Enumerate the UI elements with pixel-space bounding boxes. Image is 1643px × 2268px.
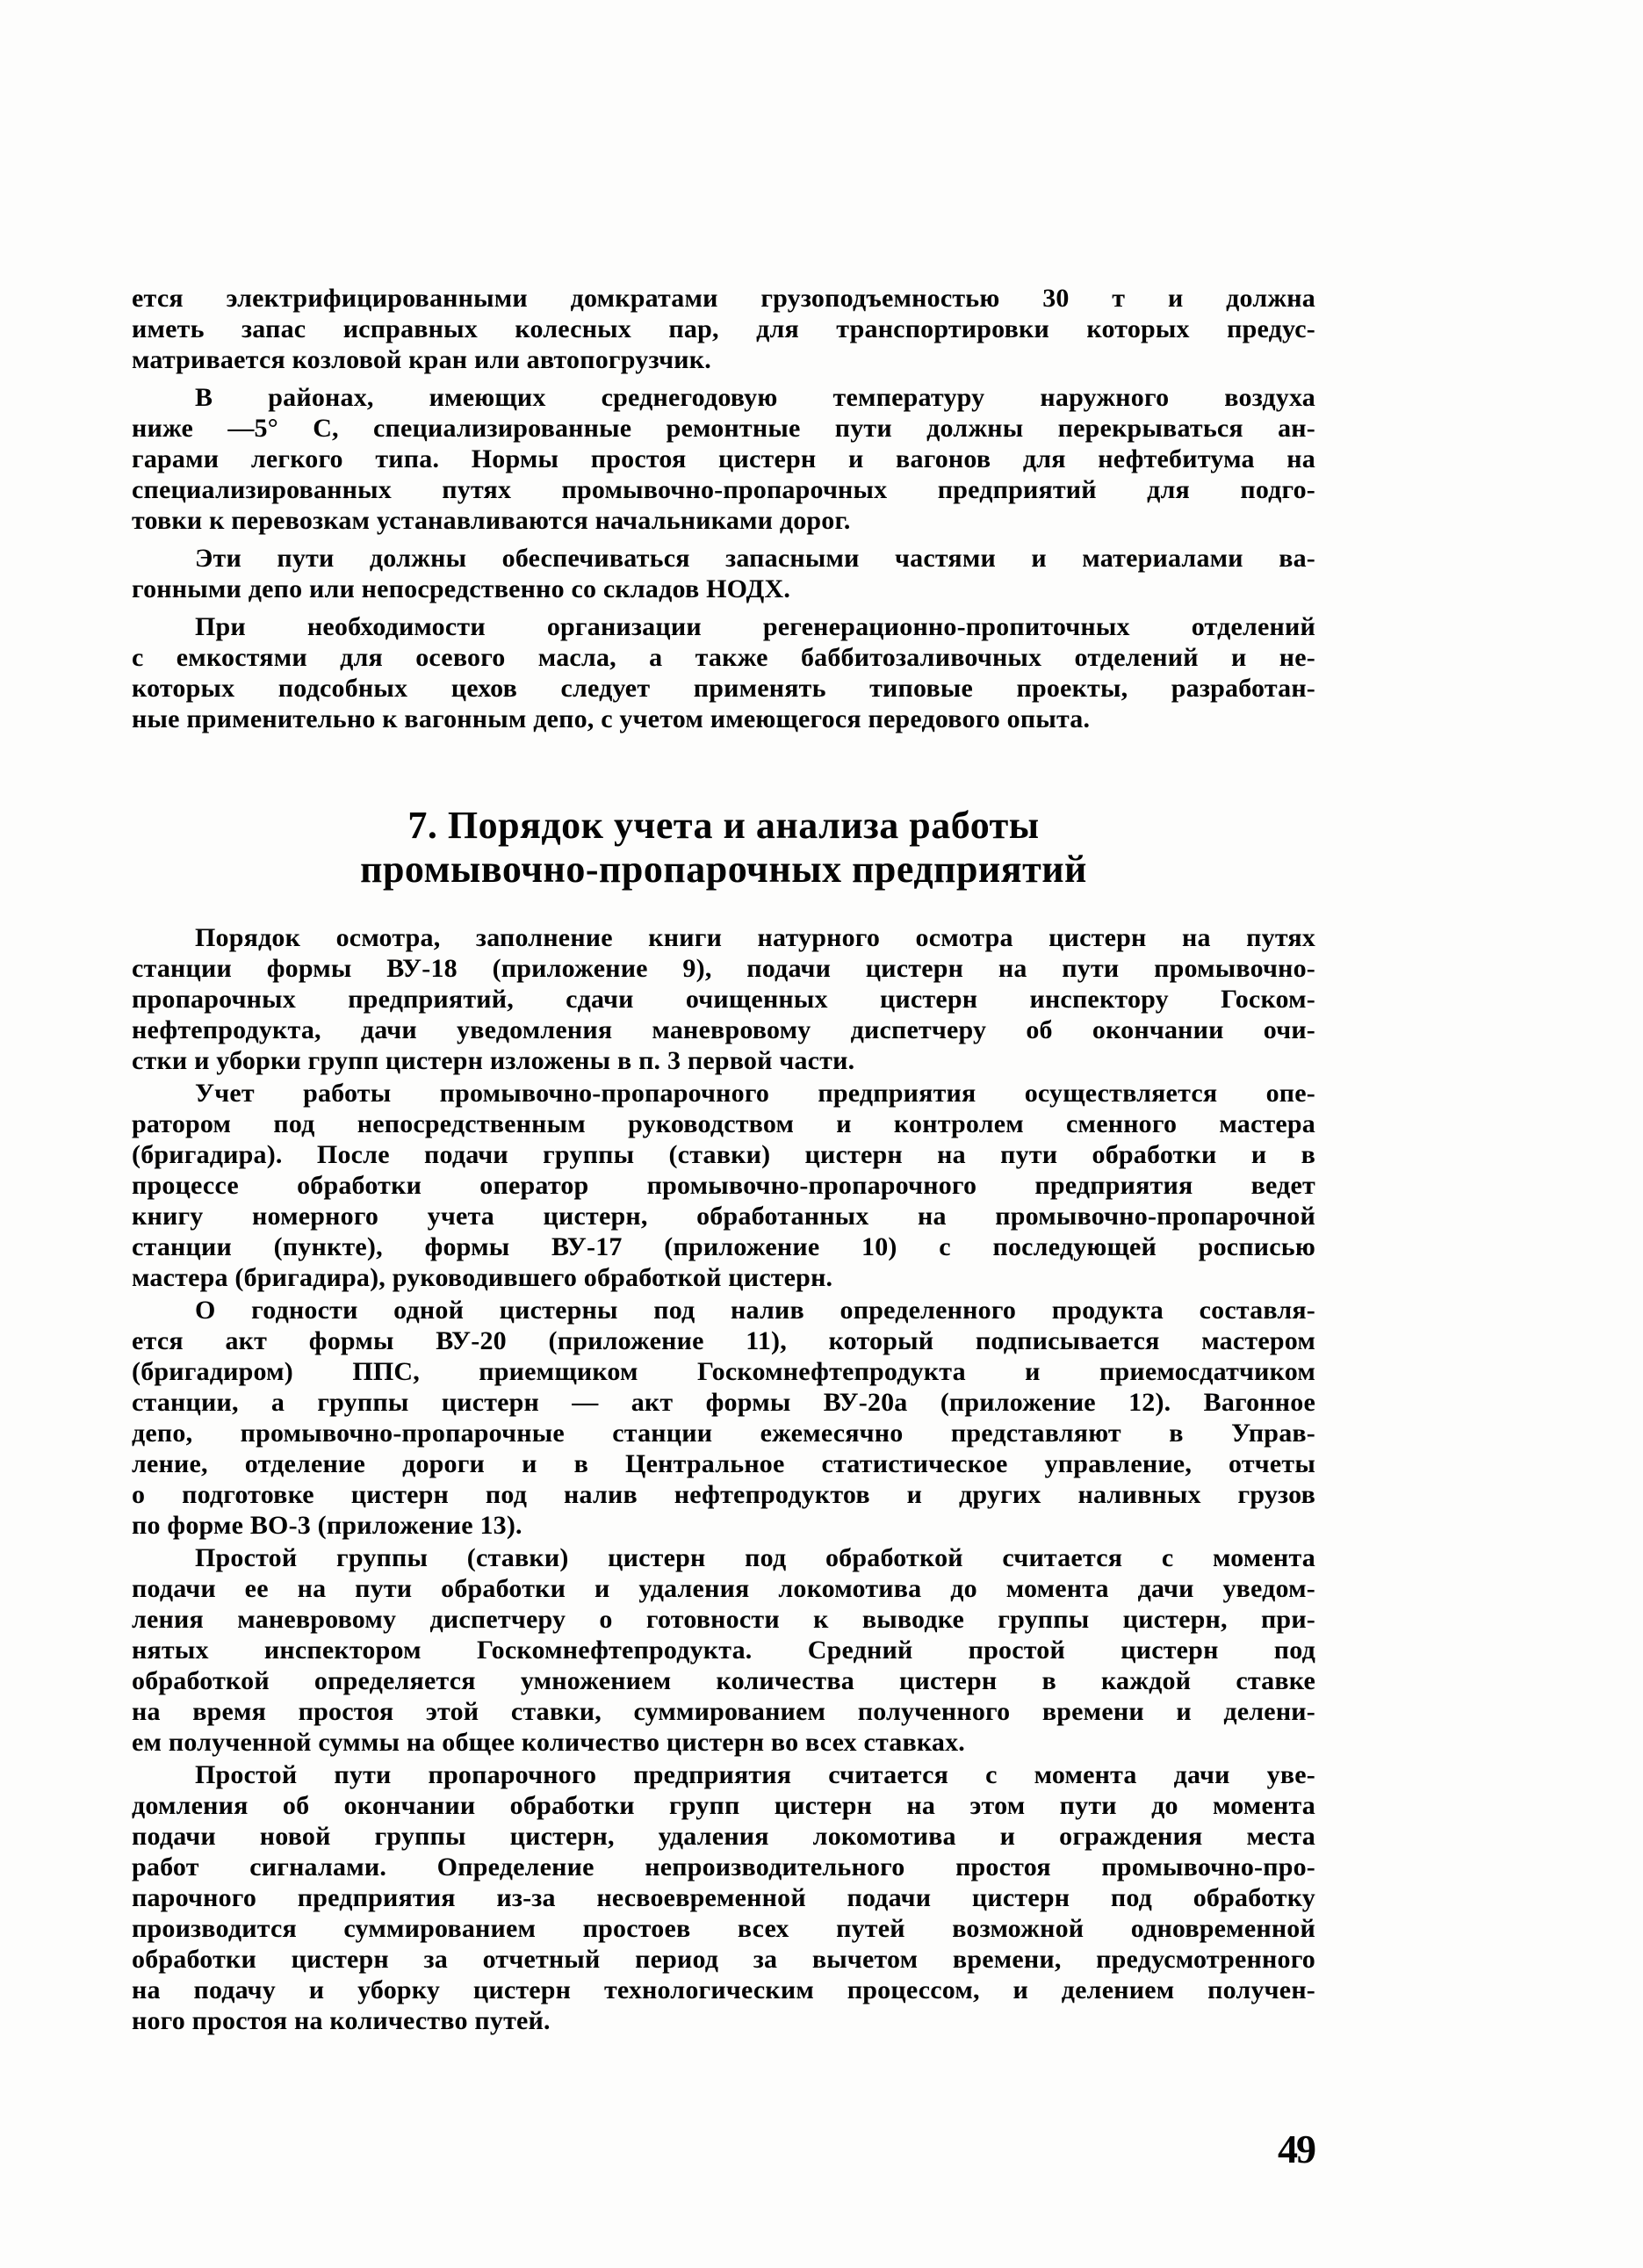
text-line: ется электрифицированными домкратами гру… bbox=[132, 283, 1315, 314]
text-line: иметь запас исправных колесных пар, для … bbox=[132, 314, 1315, 344]
paragraph: Простой пути пропарочного предприятия сч… bbox=[132, 1759, 1315, 2036]
text-line: ление, отделение дороги и в Центральное … bbox=[132, 1448, 1315, 1479]
scanned-document-page: ется электрифицированными домкратами гру… bbox=[0, 0, 1643, 2268]
text-line: нятых инспектором Госкомнефтепродукта. С… bbox=[132, 1635, 1315, 1665]
text-line: процессе обработки оператор промывочно-п… bbox=[132, 1170, 1315, 1201]
text-line: ного простоя на количество путей. bbox=[132, 2005, 1315, 2036]
text-line: подачи ее на пути обработки и удаления л… bbox=[132, 1573, 1315, 1604]
text-line: станции (пункте), формы ВУ-17 (приложени… bbox=[132, 1232, 1315, 1262]
text-line: с емкостями для осевого масла, а также б… bbox=[132, 642, 1315, 673]
section-heading-line-1: 7. Порядок учета и анализа работы bbox=[132, 804, 1315, 848]
paragraph: Простой группы (ставки) цистерн под обра… bbox=[132, 1542, 1315, 1758]
text-line: работ сигналами. Определение непроизводи… bbox=[132, 1852, 1315, 1882]
text-line: Эти пути должны обеспечиваться запасными… bbox=[132, 543, 1315, 574]
text-line: обработки цистерн за отчетный период за … bbox=[132, 1944, 1315, 1975]
section-paragraphs: Порядок осмотра, заполнение книги натурн… bbox=[132, 922, 1315, 2036]
text-line: специализированных путях промывочно-проп… bbox=[132, 474, 1315, 505]
section-heading-line-2: промывочно-пропарочных предприятий bbox=[132, 848, 1315, 892]
paragraph: В районах, имеющих среднегодовую темпера… bbox=[132, 382, 1315, 536]
text-line: производится суммированием простоев всех… bbox=[132, 1913, 1315, 1944]
text-block: ется электрифицированными домкратами гру… bbox=[132, 283, 1315, 2038]
paragraph: При необходимости организации регенераци… bbox=[132, 611, 1315, 734]
paragraph: Эти пути должны обеспечиваться запасными… bbox=[132, 543, 1315, 604]
text-line: (бригадира). После подачи группы (ставки… bbox=[132, 1139, 1315, 1170]
text-line: ления маневровому диспетчеру о готовност… bbox=[132, 1604, 1315, 1635]
text-line: ратором под непосредственным руководство… bbox=[132, 1109, 1315, 1139]
text-line: Простой группы (ставки) цистерн под обра… bbox=[132, 1542, 1315, 1573]
text-line: подачи новой группы цистерн, удаления ло… bbox=[132, 1821, 1315, 1852]
text-line: обработкой определяется умножением колич… bbox=[132, 1665, 1315, 1696]
text-line: которых подсобных цехов следует применят… bbox=[132, 673, 1315, 704]
text-line: товки к перевозкам устанавливаются начал… bbox=[132, 505, 1315, 536]
text-line: депо, промывочно-пропарочные станции еже… bbox=[132, 1418, 1315, 1448]
text-line: Простой пути пропарочного предприятия сч… bbox=[132, 1759, 1315, 1790]
text-line: ется акт формы ВУ-20 (приложение 11), ко… bbox=[132, 1325, 1315, 1356]
text-line: домления об окончании обработки групп ци… bbox=[132, 1790, 1315, 1821]
intro-paragraphs: ется электрифицированными домкратами гру… bbox=[132, 283, 1315, 734]
text-line: О годности одной цистерны под налив опре… bbox=[132, 1295, 1315, 1325]
text-line: книгу номерного учета цистерн, обработан… bbox=[132, 1201, 1315, 1232]
text-line: мастера (бригадира), руководившего обраб… bbox=[132, 1262, 1315, 1293]
text-line: Порядок осмотра, заполнение книги натурн… bbox=[132, 922, 1315, 953]
paragraph: Учет работы промывочно-пропарочного пред… bbox=[132, 1078, 1315, 1293]
text-line: В районах, имеющих среднегодовую темпера… bbox=[132, 382, 1315, 413]
text-line: матривается козловой кран или автопогруз… bbox=[132, 344, 1315, 375]
text-line: станции формы ВУ-18 (приложение 9), пода… bbox=[132, 953, 1315, 984]
paragraph: ется электрифицированными домкратами гру… bbox=[132, 283, 1315, 375]
paragraph: Порядок осмотра, заполнение книги натурн… bbox=[132, 922, 1315, 1076]
text-line: по форме ВО-3 (приложение 13). bbox=[132, 1510, 1315, 1541]
text-line: (бригадиром) ППС, приемщиком Госкомнефте… bbox=[132, 1356, 1315, 1387]
text-line: ные применительно к вагонным депо, с уче… bbox=[132, 704, 1315, 734]
text-line: на подачу и уборку цистерн технологическ… bbox=[132, 1975, 1315, 2005]
text-line: ниже —5° С, специализированные ремонтные… bbox=[132, 413, 1315, 444]
text-line: гарами легкого типа. Нормы простоя цисте… bbox=[132, 444, 1315, 474]
text-line: нефтепродукта, дачи уведомления маневров… bbox=[132, 1015, 1315, 1045]
text-line: гонными депо или непосредственно со скла… bbox=[132, 574, 1315, 604]
text-line: пропарочных предприятий, сдачи очищенных… bbox=[132, 984, 1315, 1015]
text-line: станции, а группы цистерн — акт формы ВУ… bbox=[132, 1387, 1315, 1418]
text-line: Учет работы промывочно-пропарочного пред… bbox=[132, 1078, 1315, 1109]
page-number: 49 bbox=[1278, 2129, 1315, 2170]
text-line: на время простоя этой ставки, суммирован… bbox=[132, 1696, 1315, 1727]
text-line: ем полученной суммы на общее количество … bbox=[132, 1727, 1315, 1758]
text-line: о подготовке цистерн под налив нефтепрод… bbox=[132, 1479, 1315, 1510]
text-line: парочного предприятия из-за несвоевремен… bbox=[132, 1882, 1315, 1913]
text-line: стки и уборки групп цистерн изложены в п… bbox=[132, 1045, 1315, 1076]
paragraph: О годности одной цистерны под налив опре… bbox=[132, 1295, 1315, 1541]
section-heading: 7. Порядок учета и анализа работы промыв… bbox=[132, 804, 1315, 892]
text-line: При необходимости организации регенераци… bbox=[132, 611, 1315, 642]
